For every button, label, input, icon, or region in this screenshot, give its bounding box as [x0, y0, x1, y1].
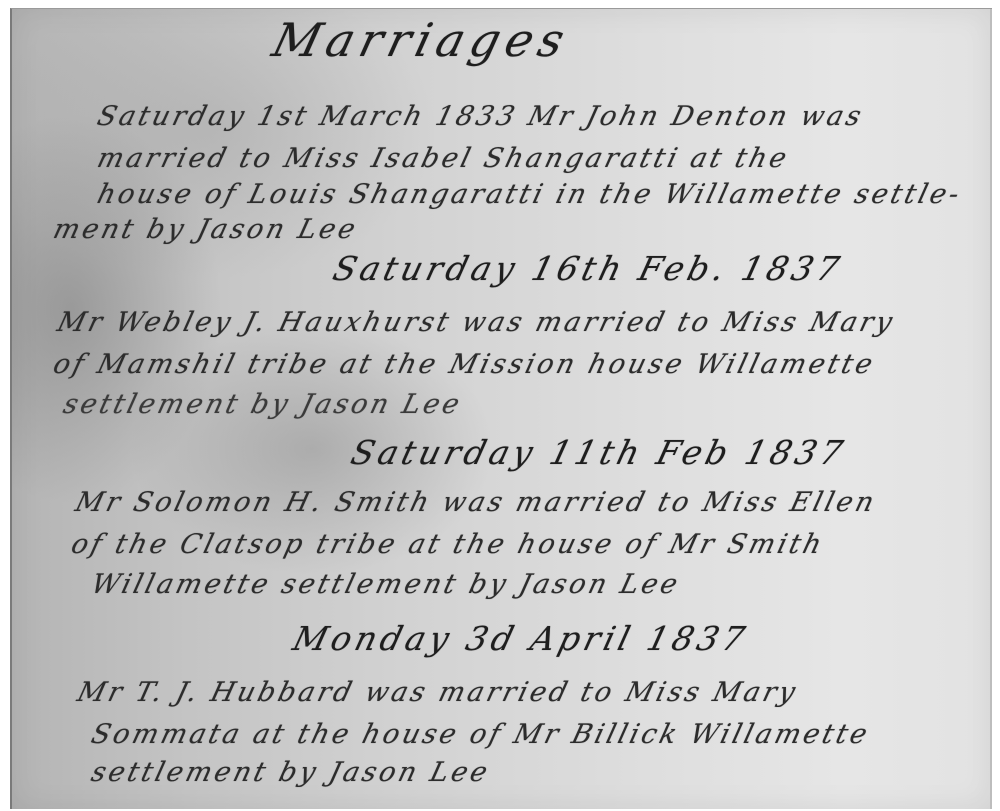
document-title: Marriages: [267, 13, 575, 67]
entry-1-line-4: ment by Jason Lee: [50, 214, 361, 245]
entry-1-line-1: Saturday 1st March 1833 Mr John Denton w…: [94, 101, 867, 132]
page-edge: [990, 9, 992, 809]
entry-1-line-3: house of Louis Shangaratti in the Willam…: [94, 179, 965, 210]
entry-4-line-2: Sommata at the house of Mr Billick Willa…: [88, 719, 873, 750]
entry-3-line-1: Mr Solomon H. Smith was married to Miss …: [72, 487, 880, 518]
entry-4-heading: Monday 3d April 1837: [289, 619, 752, 658]
entry-3-line-3: Willamette settlement by Jason Lee: [88, 569, 683, 600]
entry-2-heading: Saturday 16th Feb. 1837: [329, 249, 847, 288]
entry-1-line-2: married to Miss Isabel Shangaratti at th…: [94, 143, 793, 174]
entry-3-heading: Saturday 11th Feb 1837: [347, 433, 850, 472]
manuscript-page: Marriages Saturday 1st March 1833 Mr Joh…: [10, 8, 992, 809]
entry-2-line-3: settlement by Jason Lee: [60, 389, 465, 420]
entry-2-line-2: of Mamshil tribe at the Mission house Wi…: [50, 349, 878, 380]
entry-4-line-3: settlement by Jason Lee: [88, 757, 493, 788]
entry-4-line-1: Mr T. J. Hubbard was married to Miss Mar…: [74, 677, 801, 708]
entry-2-line-1: Mr Webley J. Hauxhurst was married to Mi…: [54, 307, 898, 338]
entry-3-line-2: of the Clatsop tribe at the house of Mr …: [68, 529, 828, 560]
